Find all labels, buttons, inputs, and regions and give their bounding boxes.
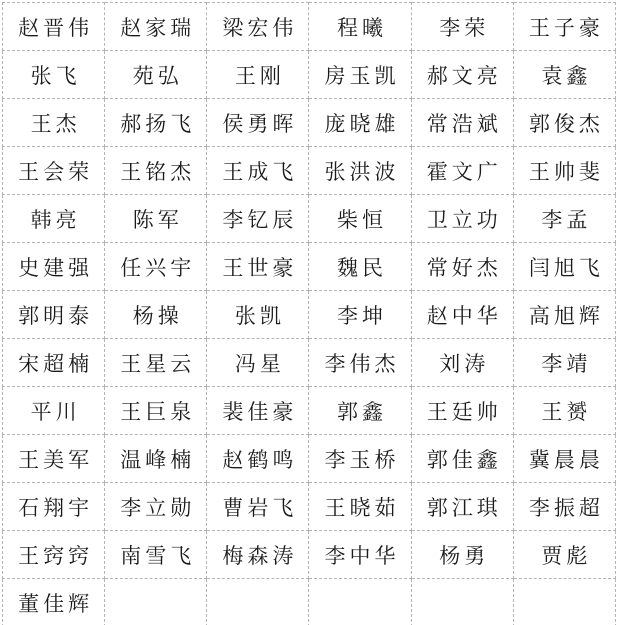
table-cell: 王帅斐 xyxy=(513,147,615,195)
table-cell: 王赟 xyxy=(513,387,615,435)
table-cell: 梁宏伟 xyxy=(207,3,309,51)
document-page: 赵晋伟赵家瑞梁宏伟程曦李荣王子豪张飞苑弘王刚房玉凯郝文亮袁鑫王杰郝扬飞侯勇晖庞晓… xyxy=(0,2,620,625)
table-cell: 王子豪 xyxy=(513,3,615,51)
table-cell: 李中华 xyxy=(309,531,411,579)
name-table-body: 赵晋伟赵家瑞梁宏伟程曦李荣王子豪张飞苑弘王刚房玉凯郝文亮袁鑫王杰郝扬飞侯勇晖庞晓… xyxy=(3,3,616,625)
table-cell: 常好杰 xyxy=(411,243,513,291)
table-cell: 南雪飞 xyxy=(105,531,207,579)
table-cell: 李坤 xyxy=(309,291,411,339)
table-cell: 闫旭飞 xyxy=(513,243,615,291)
table-cell: 杨勇 xyxy=(411,531,513,579)
table-cell: 王会荣 xyxy=(3,147,105,195)
table-row: 郭明泰杨操张凯李坤赵中华高旭辉 xyxy=(3,291,616,339)
table-cell: 裴佳豪 xyxy=(207,387,309,435)
table-cell xyxy=(105,579,207,625)
table-cell: 房玉凯 xyxy=(309,51,411,99)
table-cell: 杨操 xyxy=(105,291,207,339)
table-cell: 柴恒 xyxy=(309,195,411,243)
table-cell: 梅森涛 xyxy=(207,531,309,579)
table-cell xyxy=(513,579,615,625)
table-row: 韩亮陈军李钇辰柴恒卫立功李孟 xyxy=(3,195,616,243)
table-cell: 高旭辉 xyxy=(513,291,615,339)
table-row: 王窍窍南雪飞梅森涛李中华杨勇贾彪 xyxy=(3,531,616,579)
table-cell: 贾彪 xyxy=(513,531,615,579)
table-row: 张飞苑弘王刚房玉凯郝文亮袁鑫 xyxy=(3,51,616,99)
table-cell: 李靖 xyxy=(513,339,615,387)
table-cell: 常浩斌 xyxy=(411,99,513,147)
table-cell: 陈军 xyxy=(105,195,207,243)
table-cell: 王星云 xyxy=(105,339,207,387)
table-cell: 李立勋 xyxy=(105,483,207,531)
table-cell: 韩亮 xyxy=(3,195,105,243)
name-table: 赵晋伟赵家瑞梁宏伟程曦李荣王子豪张飞苑弘王刚房玉凯郝文亮袁鑫王杰郝扬飞侯勇晖庞晓… xyxy=(2,2,616,625)
table-row: 赵晋伟赵家瑞梁宏伟程曦李荣王子豪 xyxy=(3,3,616,51)
table-cell: 王美军 xyxy=(3,435,105,483)
table-cell: 赵家瑞 xyxy=(105,3,207,51)
table-cell: 赵晋伟 xyxy=(3,3,105,51)
table-cell: 魏民 xyxy=(309,243,411,291)
table-cell: 袁鑫 xyxy=(513,51,615,99)
table-cell: 郭俊杰 xyxy=(513,99,615,147)
table-cell: 王巨泉 xyxy=(105,387,207,435)
table-cell: 董佳辉 xyxy=(3,579,105,625)
table-cell: 冀晨晨 xyxy=(513,435,615,483)
table-row: 平川王巨泉裴佳豪郭鑫王廷帅王赟 xyxy=(3,387,616,435)
table-cell: 王世豪 xyxy=(207,243,309,291)
table-row: 王美军温峰楠赵鹤鸣李玉桥郭佳鑫冀晨晨 xyxy=(3,435,616,483)
table-cell: 曹岩飞 xyxy=(207,483,309,531)
table-cell: 郭江琪 xyxy=(411,483,513,531)
table-cell: 李荣 xyxy=(411,3,513,51)
table-cell: 李孟 xyxy=(513,195,615,243)
table-cell: 王晓茹 xyxy=(309,483,411,531)
table-cell: 郭明泰 xyxy=(3,291,105,339)
table-cell: 李钇辰 xyxy=(207,195,309,243)
table-cell: 宋超楠 xyxy=(3,339,105,387)
table-cell: 霍文广 xyxy=(411,147,513,195)
table-cell: 史建强 xyxy=(3,243,105,291)
table-cell: 温峰楠 xyxy=(105,435,207,483)
table-cell: 庞晓雄 xyxy=(309,99,411,147)
table-cell: 冯星 xyxy=(207,339,309,387)
table-cell: 张凯 xyxy=(207,291,309,339)
table-cell: 李玉桥 xyxy=(309,435,411,483)
table-cell: 张飞 xyxy=(3,51,105,99)
table-cell: 王杰 xyxy=(3,99,105,147)
table-cell xyxy=(411,579,513,625)
table-cell: 王刚 xyxy=(207,51,309,99)
table-cell: 王铭杰 xyxy=(105,147,207,195)
table-cell: 李振超 xyxy=(513,483,615,531)
table-cell: 侯勇晖 xyxy=(207,99,309,147)
table-cell: 郭佳鑫 xyxy=(411,435,513,483)
table-cell xyxy=(309,579,411,625)
table-cell: 赵中华 xyxy=(411,291,513,339)
table-cell: 苑弘 xyxy=(105,51,207,99)
table-cell: 王窍窍 xyxy=(3,531,105,579)
table-cell: 王成飞 xyxy=(207,147,309,195)
table-row: 石翔宇李立勋曹岩飞王晓茹郭江琪李振超 xyxy=(3,483,616,531)
table-cell: 王廷帅 xyxy=(411,387,513,435)
table-cell: 郝文亮 xyxy=(411,51,513,99)
table-cell: 刘涛 xyxy=(411,339,513,387)
table-cell: 李伟杰 xyxy=(309,339,411,387)
table-cell: 石翔宇 xyxy=(3,483,105,531)
table-cell: 赵鹤鸣 xyxy=(207,435,309,483)
table-row: 史建强任兴宇王世豪魏民常好杰闫旭飞 xyxy=(3,243,616,291)
table-cell: 卫立功 xyxy=(411,195,513,243)
table-row: 王会荣王铭杰王成飞张洪波霍文广王帅斐 xyxy=(3,147,616,195)
table-cell: 平川 xyxy=(3,387,105,435)
table-cell: 郝扬飞 xyxy=(105,99,207,147)
table-cell: 任兴宇 xyxy=(105,243,207,291)
table-cell: 程曦 xyxy=(309,3,411,51)
table-row: 王杰郝扬飞侯勇晖庞晓雄常浩斌郭俊杰 xyxy=(3,99,616,147)
table-row: 宋超楠王星云冯星李伟杰刘涛李靖 xyxy=(3,339,616,387)
table-cell: 郭鑫 xyxy=(309,387,411,435)
table-cell xyxy=(207,579,309,625)
table-row: 董佳辉 xyxy=(3,579,616,625)
table-cell: 张洪波 xyxy=(309,147,411,195)
